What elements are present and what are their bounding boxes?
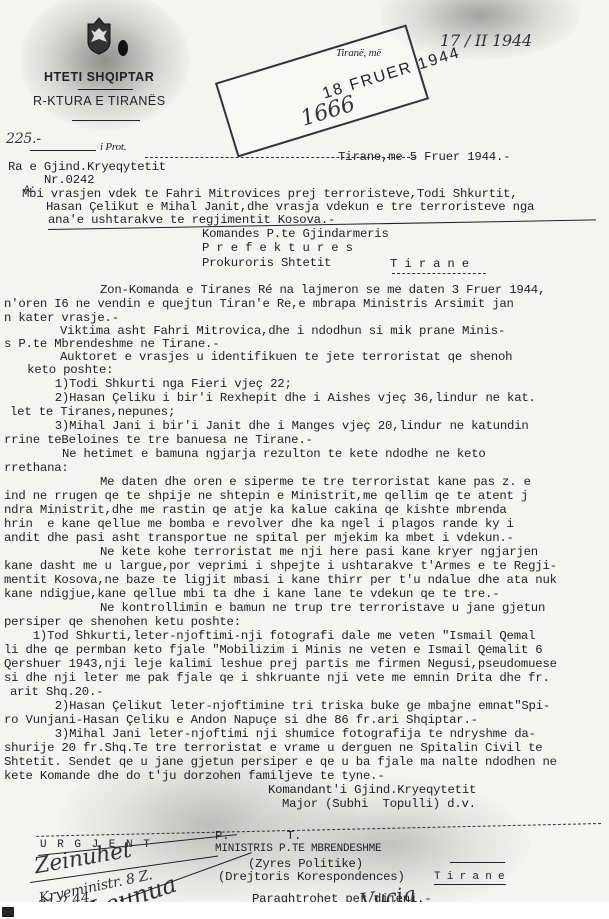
signer-name: Major (Subhi Topulli) d.v. (282, 797, 476, 811)
body-line: kane dasht me u largue,por veprimi i shp… (4, 559, 557, 573)
divider (72, 120, 140, 121)
ministry-section: (Drejtoris Korespondences) (218, 870, 405, 884)
ministry-office: (Zyres Politike) (248, 857, 363, 871)
forward-city: T i r a n e (434, 870, 504, 884)
scanned-document: HTETI SHQIPTAR R-KTURA E TIRANËS 225.- i… (0, 0, 609, 919)
body-line: arit Shq.20.- (10, 685, 103, 699)
body-line: Me daten dhe oren e siperme te tre terro… (100, 475, 531, 489)
divider (78, 89, 133, 90)
body-line: Qershuer 1943,nji leje kalimi leshue pre… (4, 657, 557, 671)
body-line: shurije 20 fr.Shq.Te tre terroristat e v… (4, 741, 542, 755)
body-line: Zon-Komanda e Tiranes Ré na lajmeron se … (100, 283, 545, 297)
recipient: Komandes P.te Gjindarmeris (202, 227, 389, 241)
body-line: s P.te Mbrendeshme ne Tirane.- (4, 337, 219, 351)
recipient: Prokuroris Shtetit (202, 256, 331, 270)
signer-title: Komandant'i Gjind.Kryeqytetit (268, 783, 476, 797)
body-line: 3)Mihal Jani leter-njoftimi nji shumice … (26, 727, 536, 741)
body-line: rrethana: (4, 461, 69, 475)
body-line: hrin e kane qellue me bomba e revolver d… (4, 517, 514, 531)
page-bottom-margin (0, 902, 609, 919)
stamp-city: Tiranë, më (336, 46, 381, 60)
body-line: n'oren I6 ne vendin e quejtun Tiran'e Re… (4, 297, 514, 311)
body-line: kete Komande dhe do t'ju dorzohen familj… (4, 769, 385, 783)
body-line: Ne kete kohe terroristat me nji here pas… (100, 545, 538, 559)
protocol-label: i Prot. (100, 140, 126, 154)
body-line: ndra Ministrit,dhe me rastin qe atje ka … (4, 503, 507, 517)
body-line: kane ndigjue,kane qellue mbi ta dhe i ka… (4, 587, 499, 601)
body-line: ro Vunjani-Hasan Çeliku e Andon Napuçe s… (4, 713, 478, 727)
body-line: keto poshte: (20, 363, 113, 377)
letterhead-state: HTETI SHQIPTAR (44, 70, 154, 84)
ink-blot (118, 40, 128, 56)
subject-line: Mbi vrasjen vdek te Fahri Mitrovices pre… (22, 187, 517, 201)
body-line: Ne kontrollimin e bamun ne trup tre terr… (100, 601, 545, 615)
handwritten-receipt-date: 17 / II 1944 (440, 34, 532, 48)
body-line: 3)Mihal Jani i bir'i Janit dhe i Manges … (26, 419, 529, 433)
body-line: n kater vrasje.- (4, 311, 119, 325)
blank-line (450, 862, 505, 863)
body-line: let te Tiranes,nepunes; (10, 405, 175, 419)
sender-number: Nr.0242 (44, 173, 94, 187)
recipient: P r e f e k t u r e s (202, 241, 353, 255)
albanian-crest-icon (82, 16, 116, 56)
body-line: 1)Tod Shkurti,leter-njoftimi-nji fotogra… (4, 629, 535, 643)
stamp-number: 1666 (300, 97, 357, 127)
scan-edge-mark (2, 907, 14, 917)
registry-stamp: 18 FRUER 1944 1666 (215, 24, 429, 157)
letterhead-office: R-KTURA E TIRANËS (33, 94, 166, 108)
body-line: persiper qe shenohen ketu poshte: (4, 615, 241, 629)
body-line: si dhe nji leter me pak fjale qe i shkru… (4, 671, 550, 685)
body-line: Ne hetimet e bamuna ngjarja rezulton te … (62, 447, 486, 461)
protocol-number: 225.- (6, 132, 41, 146)
body-line: mentit Kosova,ne baze te ligjit mbasi i … (4, 573, 557, 587)
body-line: Shtetit. Sendet qe u jane gjetun persipe… (4, 755, 557, 769)
city-underline (434, 884, 506, 885)
body-line: 1)Todi Shkurti nga Fieri vjeç 22; (26, 377, 292, 391)
ministry-label: MINISTRIS P.TE MBRENDESHME (215, 842, 381, 856)
recipients-city: T i r a n e (390, 257, 469, 271)
protocol-underline (30, 150, 96, 151)
body-line: andit dhe pasi asht transportue ne spita… (4, 531, 514, 545)
body-line: Viktima asht Fahri Mitrovica,dhe i ndodh… (60, 324, 505, 338)
body-line: li dhe qe permban keto fjale "Mobilizim … (4, 643, 542, 657)
body-line: Auktoret e vrasjes u identifikuen te jet… (60, 350, 512, 364)
body-line: 2)Hasan Çeliku i bir'i Rexhepit dhe i Ai… (26, 391, 536, 405)
body-line: rrine teBeloines te tre banuesa ne Tiran… (4, 433, 313, 447)
sender-unit: Ra e Gjind.Kryeqytetit (8, 160, 166, 174)
document-date: Tirane,me 5 Fruer 1944.- (338, 150, 510, 164)
body-line: 2)Hasan Çelikut leter-njoftimine tri tri… (26, 699, 550, 713)
city-underline (392, 273, 486, 274)
body-line: ind ne rrugen qe te shpije ne shtepin e … (4, 489, 528, 503)
pt-label: P. T. (215, 829, 301, 843)
subject-line: Hasan Çelikut e Mihal Janit,dhe vrasja v… (46, 200, 534, 214)
